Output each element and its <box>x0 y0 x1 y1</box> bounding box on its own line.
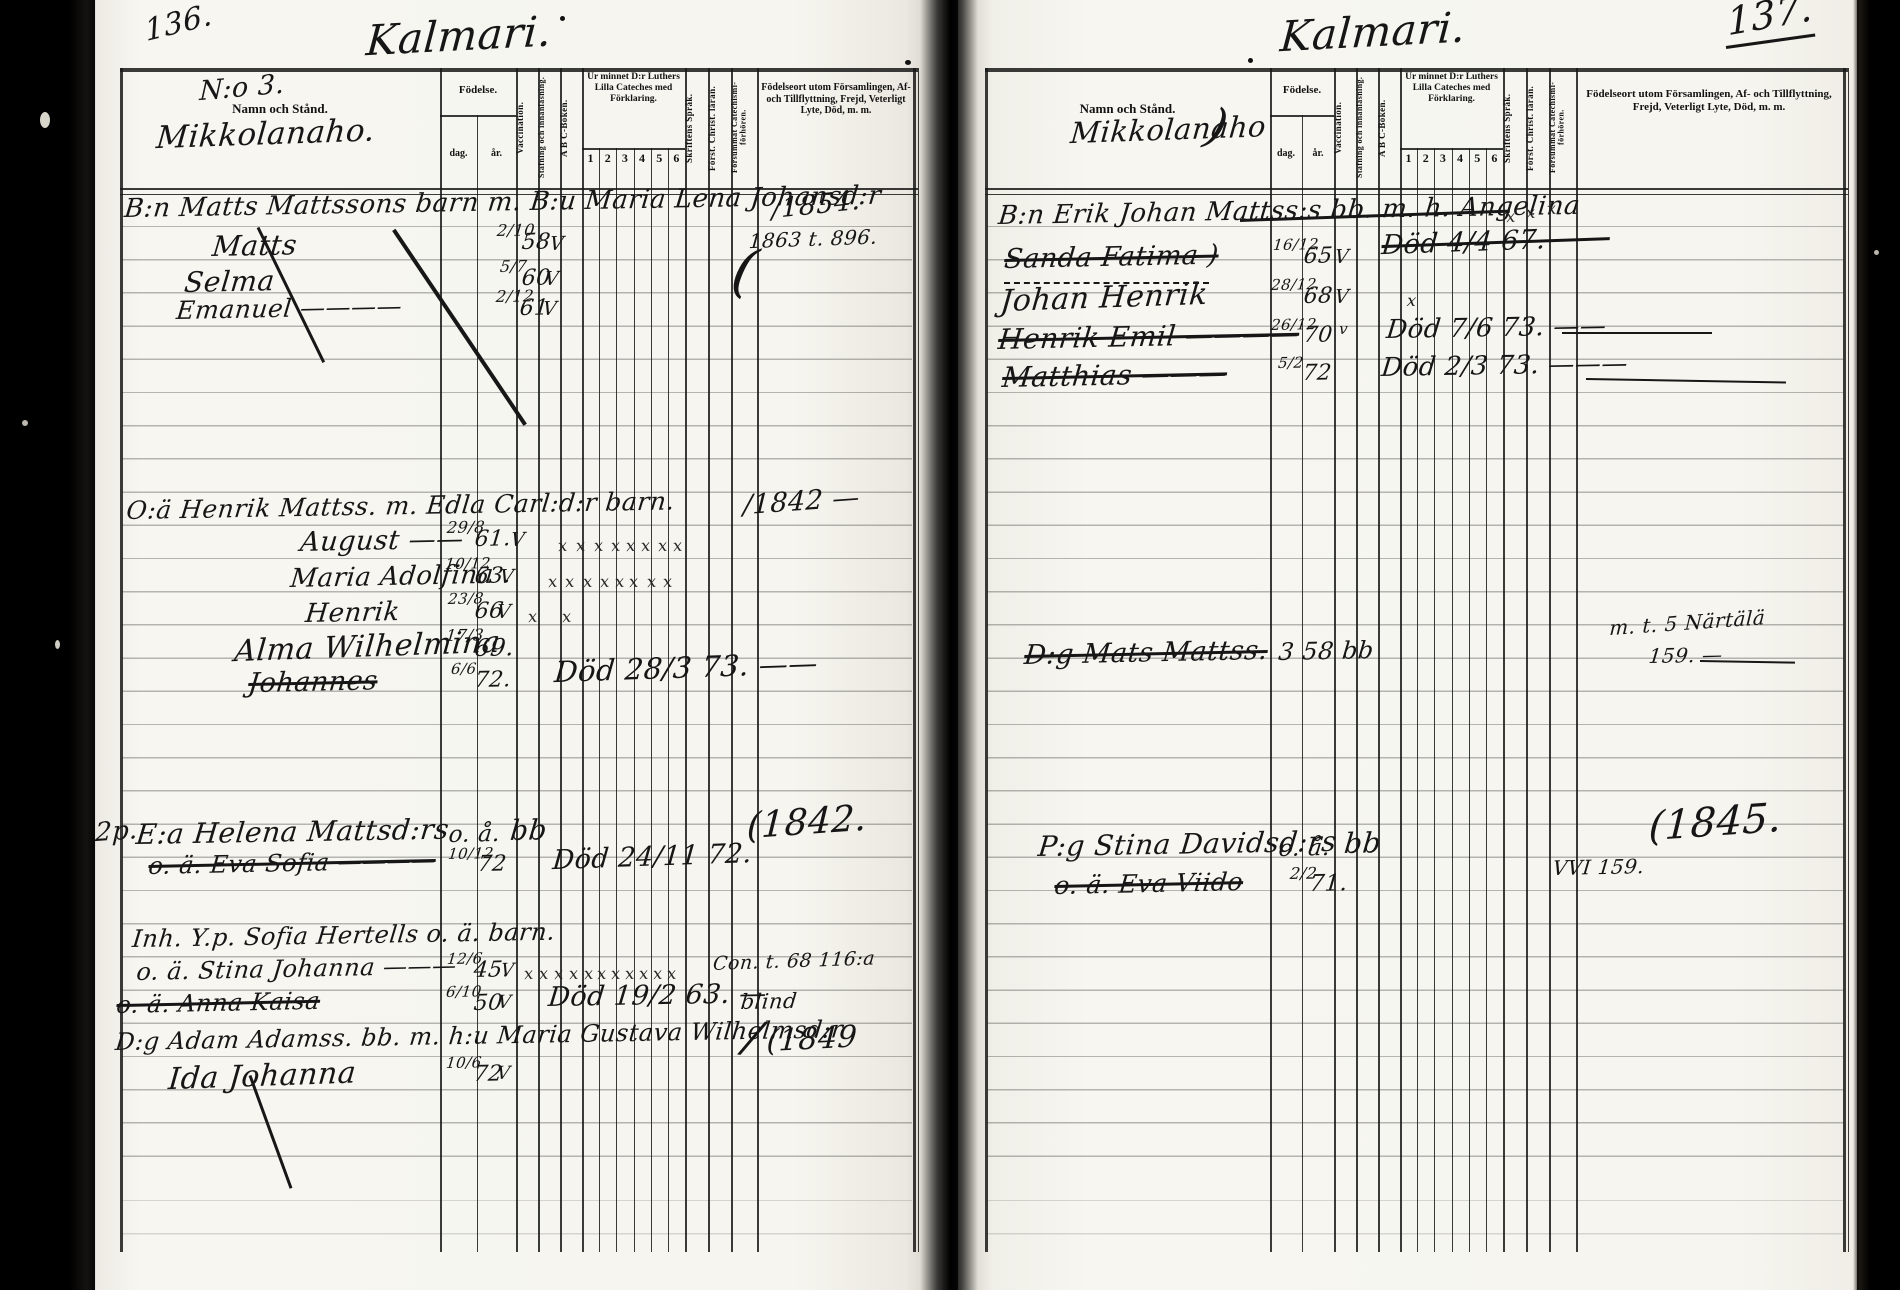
handwriting-entry: V <box>1334 246 1350 268</box>
col-header-forst: Först. Christ. läran. <box>708 72 731 184</box>
col-header-cateches: Ur minnet D:r Luthers Lilla Cateches med… <box>584 72 683 105</box>
handwriting-entry: V <box>496 601 512 623</box>
catechism-x-mark: x <box>628 572 638 592</box>
catechism-x-mark: x <box>640 536 650 556</box>
catechism-x-mark: x <box>523 964 533 984</box>
col-header-cateches: Ur minnet D:r Luthers Lilla Cateches med… <box>1402 72 1501 105</box>
ink-speck <box>1248 58 1253 63</box>
book-gutter-shadow <box>920 0 978 1290</box>
column-rule <box>651 148 652 1252</box>
handwriting-entry: 6/6 <box>450 659 477 678</box>
handwriting-entry: o. ä. Eva Viido <box>1053 867 1245 900</box>
table-top-border <box>120 68 918 72</box>
table-top-border <box>985 68 1848 72</box>
col-header-dag: dag. <box>440 148 477 160</box>
handwriting-entry: 72 <box>476 851 508 877</box>
cateches-col-number: 1 <box>583 152 599 166</box>
cateches-col-number: 3 <box>617 152 633 166</box>
col-header-abc: A B C-Boken. <box>560 72 582 184</box>
handwriting-entry: bb <box>1343 826 1383 860</box>
catechism-x-mark: x <box>561 607 571 627</box>
table-border <box>985 68 988 1252</box>
col-header-abc: A B C-Boken. <box>1378 72 1400 184</box>
col-header-fodelseort: Födelseort utom Församlingen, Af- och Ti… <box>1583 88 1835 113</box>
handwriting-entry: 72. <box>473 667 512 693</box>
catechism-x-mark: x <box>557 536 567 556</box>
col-header-skrift: Skriftens Språk. <box>685 72 708 184</box>
column-rule <box>1270 68 1272 1252</box>
handwriting-entry: (1842. <box>746 798 868 848</box>
header-bottom-rule <box>985 188 1848 190</box>
col-header-vaccination: Vaccination. <box>516 72 538 184</box>
handwriting-entry: VVI 159. <box>1552 854 1646 880</box>
catechism-x-mark: x <box>610 964 620 984</box>
handwriting-entry: V <box>510 529 526 551</box>
cateches-divider <box>582 148 685 150</box>
cateches-col-number: 2 <box>600 152 616 166</box>
handwriting-entry: Död 7/6 73. —— <box>1385 311 1608 345</box>
handwriting-entry: 2p. <box>94 815 138 848</box>
table-border <box>1848 68 1849 1252</box>
scan-margin-right <box>1853 0 1900 1290</box>
col-header-vaccination: Vaccination. <box>1334 72 1356 184</box>
handwriting-entry: Mikkolanaho <box>1069 109 1268 150</box>
handwriting-entry: V <box>549 233 565 255</box>
catechism-x-mark: x <box>553 964 563 984</box>
table-border <box>913 68 916 1252</box>
catechism-x-mark: x <box>527 607 537 627</box>
catechism-x-mark: x <box>646 572 656 592</box>
handwriting-entry: V <box>544 268 560 290</box>
scan-margin-left <box>0 0 96 1290</box>
handwriting-entry: 58 <box>520 229 552 255</box>
handwriting-entry: 68 <box>1302 283 1334 309</box>
catechism-x-mark: x <box>599 572 609 592</box>
catechism-x-mark: x <box>1546 199 1556 219</box>
col-header-fodelse: Födelse. <box>1270 84 1334 97</box>
fodelse-divider <box>1270 115 1334 117</box>
cateches-col-number: 1 <box>1401 152 1417 166</box>
cateches-col-number: 4 <box>634 152 650 166</box>
catechism-x-mark: x <box>672 536 682 556</box>
handwriting-entry: Johannes <box>247 665 379 699</box>
col-header-forsummat: Försummat Catechismi-förhören. <box>731 70 757 184</box>
col-header-forst: Först. Christ. läran. <box>1526 72 1549 184</box>
handwriting-entry: August —— <box>299 524 465 558</box>
cateches-col-number: 6 <box>1486 152 1502 166</box>
catechism-x-mark: x <box>666 964 676 984</box>
handwriting-entry: 72 <box>1301 360 1333 386</box>
column-rule <box>599 148 600 1252</box>
handwriting-entry: Henrik <box>304 597 401 629</box>
col-header-skrift: Skriftens Språk. <box>1503 72 1526 184</box>
handwriting-entry: 65 <box>1302 243 1334 269</box>
column-rule <box>516 68 518 1252</box>
ink-stroke <box>1562 332 1712 334</box>
ink-speck <box>560 16 565 21</box>
handwriting-entry: V <box>499 566 515 588</box>
table-border <box>1843 68 1846 1252</box>
handwriting-entry: Matthias ——— <box>1001 356 1229 394</box>
catechism-x-mark: x <box>662 572 672 592</box>
handwriting-entry: (1849 <box>766 1019 859 1059</box>
handwriting-entry: (1845. <box>1648 795 1783 851</box>
catechism-x-mark: x <box>575 536 585 556</box>
catechism-x-mark: x <box>657 536 667 556</box>
handwriting-entry: 61. <box>473 526 512 552</box>
ink-stroke <box>1004 282 1209 284</box>
scan-noise <box>55 640 60 649</box>
catechism-x-mark: x <box>610 536 620 556</box>
catechism-x-mark: x <box>582 572 592 592</box>
cateches-divider <box>1400 148 1503 150</box>
handwriting-entry: 70 <box>1302 322 1334 348</box>
table-border <box>918 68 919 1252</box>
handwriting-entry: D:g Mats Mattss. <box>1023 635 1269 671</box>
catechism-x-mark: x <box>583 964 593 984</box>
handwriting-entry: bb <box>509 813 549 847</box>
scan-noise <box>40 112 50 128</box>
ink-speck <box>905 60 911 65</box>
scan-noise <box>1874 250 1879 255</box>
handwriting-entry: o. å. <box>1277 835 1331 862</box>
cateches-col-number: 4 <box>1452 152 1468 166</box>
catechism-x-mark: x <box>1525 203 1535 223</box>
handwriting-entry: Henrik Emil ———— <box>997 317 1301 356</box>
handwriting-entry: 71. <box>1308 870 1349 897</box>
handwriting-entry: Matts <box>211 228 299 263</box>
catechism-x-mark: x <box>652 964 662 984</box>
table-border <box>120 68 123 1252</box>
col-header-forsummat: Försummat Catechismi-förhören. <box>1549 70 1576 184</box>
cateches-col-number: 2 <box>1418 152 1434 166</box>
col-header-ar: år. <box>1302 148 1334 160</box>
handwriting-entry: 3 58 bb <box>1277 636 1375 666</box>
catechism-x-mark: x <box>564 572 574 592</box>
scan-noise <box>22 420 28 426</box>
col-header-ar: år. <box>477 148 516 160</box>
handwriting-entry: V <box>497 992 513 1013</box>
handwriting-entry: Kalmari. <box>365 6 554 65</box>
handwriting-entry: V <box>500 960 516 981</box>
cateches-col-number: 5 <box>651 152 667 166</box>
col-header-stafning: Stafning och innanläsning. <box>1356 70 1378 184</box>
handwriting-entry: Ida Johanna <box>167 1055 358 1097</box>
catechism-x-mark: x <box>624 964 634 984</box>
col-header-dag: dag. <box>1270 148 1302 160</box>
col-header-namn: Namn och Stånd. <box>120 102 440 117</box>
column-rule <box>668 148 669 1252</box>
handwriting-entry: 5/2 <box>1277 353 1304 372</box>
catechism-x-mark: x <box>547 572 557 592</box>
cateches-col-number: 3 <box>1435 152 1451 166</box>
handwriting-entry: o. ä. Anna Kaisa <box>115 987 321 1019</box>
catechism-x-mark: x <box>568 964 578 984</box>
handwriting-entry: 159. — <box>1648 642 1724 668</box>
handwriting-entry: V <box>1334 286 1350 308</box>
handwriting-entry: 1863 t. 896. <box>748 225 879 254</box>
column-rule <box>616 148 617 1252</box>
handwriting-entry: x <box>1406 291 1417 310</box>
handwriting-entry: Död 19/2 63. — <box>547 978 769 1013</box>
handwriting-entry: E:a Helena Mattsd:rs <box>135 813 451 852</box>
catechism-x-mark: x <box>625 536 635 556</box>
fodelse-divider <box>440 115 516 117</box>
col-header-fodelse: Födelse. <box>440 84 516 97</box>
handwriting-entry: V <box>496 1063 512 1084</box>
handwriting-entry: 69. <box>473 633 516 662</box>
handwriting-entry: Sanda Fatima ) <box>1003 240 1220 276</box>
handwriting-entry: blind <box>740 989 799 1014</box>
cateches-col-number: 6 <box>668 152 684 166</box>
catechism-x-mark: x <box>596 964 606 984</box>
catechism-x-mark: x <box>614 572 624 592</box>
catechism-x-mark: x <box>638 964 648 984</box>
handwriting-entry: v <box>1338 320 1349 338</box>
cateches-col-number: 5 <box>1469 152 1485 166</box>
handwriting-entry: Kalmari. <box>1279 2 1468 61</box>
col-header-stafning: Stafning och innanläsning. <box>538 70 560 184</box>
catechism-x-mark: x <box>538 964 548 984</box>
scanned-parish-register: Namn och Stånd. Födelse. dag. år. Vaccin… <box>0 0 1900 1290</box>
col-header-fodelseort: Födelseort utom Församlingen, Af- och Ti… <box>760 82 912 117</box>
row-rules-right-faint <box>987 1168 1843 1254</box>
catechism-x-mark: x <box>593 536 603 556</box>
handwriting-entry: V <box>542 298 558 320</box>
column-rule <box>634 148 635 1252</box>
column-rule <box>1378 68 1380 1252</box>
